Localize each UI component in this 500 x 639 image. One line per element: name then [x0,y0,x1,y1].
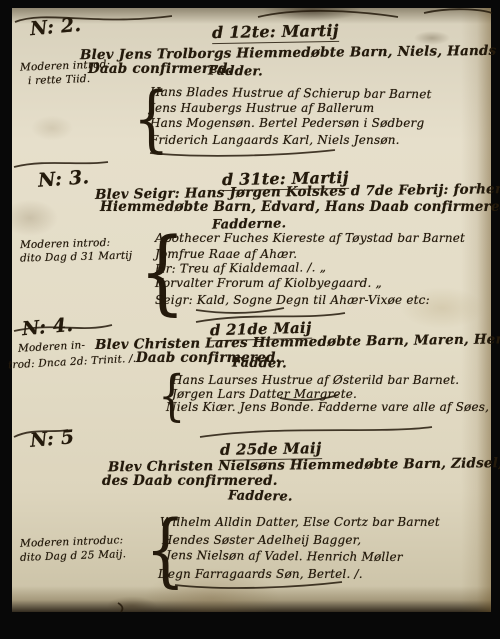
margin-note: Moderen in- [18,339,86,355]
scanned-register-page: N: 2. d 12te: Martij Blev Jens Trolborgs… [0,0,500,639]
witness-line: Hr: Treu af Kialdemaal. /. „ [155,260,326,275]
witness-line: Jomfrue Raae af Ahær. [155,247,297,261]
entry-date: d 12te: Martij [212,21,339,44]
register-entries: N: 2. d 12te: Martij Blev Jens Trolborgs… [0,0,500,639]
witness-line: Friderich Langaards Karl, Niels Jensøn. [150,133,400,147]
entry-number: N: 4. [21,314,74,340]
body-line: Hiemmedøbte Barn, Edvard, Hans Daab conf… [100,199,500,215]
margin-note: Moderen introd: [20,237,111,251]
witness-line: Wilhelm Alldin Datter, Else Cortz bar Ba… [160,515,440,529]
witness-line: Degn Farragaards Søn, Bertel. /. [158,567,363,581]
margin-note: trod: Dnca 2d: Trinit. /. [8,353,137,372]
margin-note: Moderen introduc: [20,534,124,550]
fadder-heading: Faddere. [228,488,293,504]
witness-line: Hans Laurses Hustrue af Østerild bar Bar… [172,373,459,387]
body-line: des Daab confirmered. [102,473,278,489]
witness-line: Niels Kiær. Jens Bonde. Fadderne vare al… [166,400,489,414]
witness-line: Hans Mogensøn. Bertel Pedersøn i Sødberg [150,116,424,130]
entry-number: N: 2. [29,14,82,40]
witness-line: Apothecer Fuches Kiereste af Tøystad bar… [155,231,465,245]
witness-line: Hans Blades Hustrue af Schierup bar Barn… [150,85,432,101]
witness-line: Forvalter Frorum af Kiolbyegaard. „ [155,276,382,290]
margin-note: dito Dag d 25 Maij. [20,548,127,564]
witness-line: Jens Nielsøn af Vadel. Henrich Møller [166,548,403,564]
witness-line: Jens Haubergs Hustrue af Ballerum [150,101,374,115]
fadder-heading: Fadder. [232,356,287,372]
entry-number: N: 3. [37,166,90,192]
margin-note: dito Dag d 31 Martij [20,250,133,265]
witness-line: Hendes Søster Adelheij Bagger, [162,533,361,547]
witness-line: Jørgen Lars Datter Margrete. [172,387,357,401]
fadder-heading: Fadder. [208,64,263,80]
witness-line: Seigr: Kald, Sogne Degn til Ahær-Vixøe e… [155,293,430,307]
entry-number: N: 5 [29,426,75,452]
margin-note: i rette Tiid. [28,73,91,87]
